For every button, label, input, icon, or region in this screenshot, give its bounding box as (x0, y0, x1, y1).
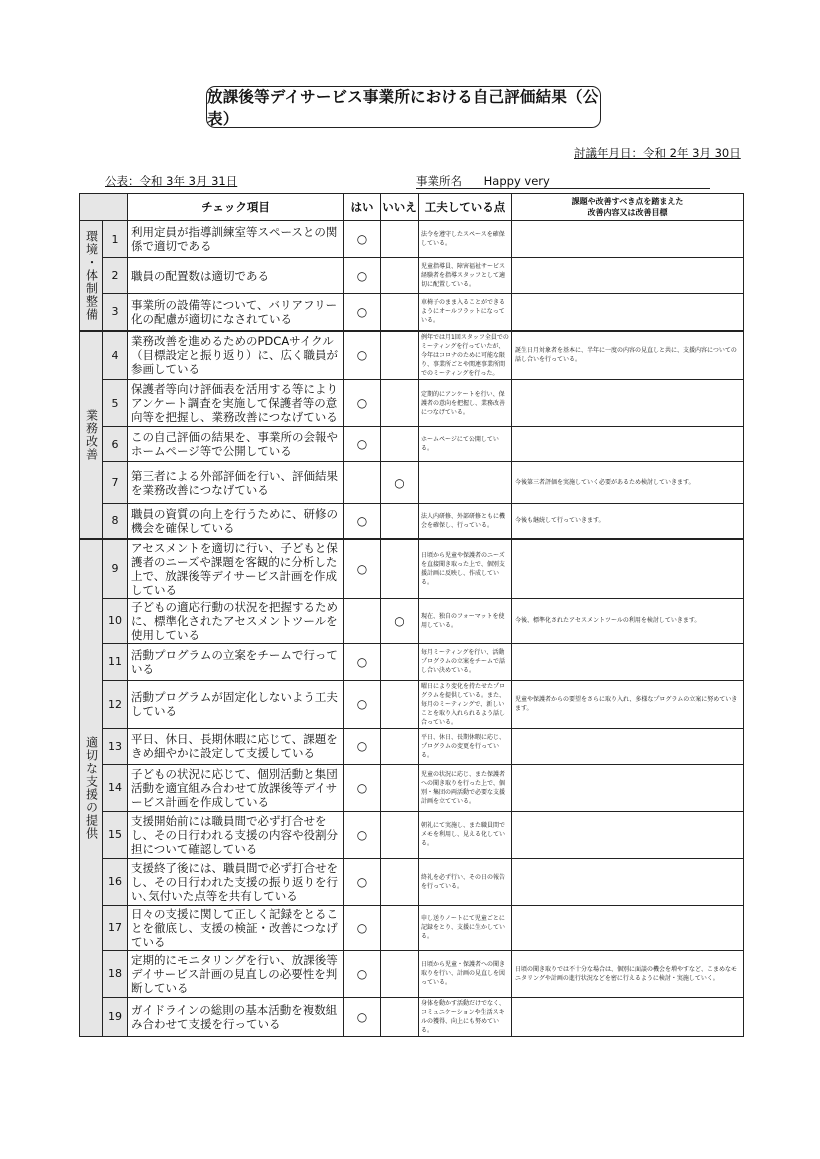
header-row: チェック項目 はい いいえ 工夫している点 課題や改善すべき点を踏まえた改善内容… (80, 194, 744, 221)
check-item-text: 活動プログラムが固定化しないよう工夫している (128, 680, 344, 728)
office-name-field: 事業所名 Happy very (416, 173, 710, 189)
table-row: 6この自己評価の結果を、事業所の会報やホームページ等で公開している○ホームページ… (80, 427, 744, 462)
no-mark (381, 811, 419, 858)
no-mark (381, 504, 419, 539)
check-item-text: 子どもの適応行動の状況を把握するために、標準化されたアセスメントツールを使用して… (128, 598, 344, 643)
table-row: 5保護者等向け評価表を活用する等によりアンケート調査を実施して保護者等の意向等を… (80, 380, 744, 427)
improvement-goal-text (512, 221, 744, 258)
item-number: 7 (103, 462, 128, 504)
table-row: 16支援終了後には、職員間で必ず打合せをし、その日行われた支援の振り返りを行い､… (80, 858, 744, 905)
item-number: 4 (103, 331, 128, 380)
yes-mark: ○ (344, 331, 381, 380)
table-row: 19ガイドラインの総則の基本活動を複数組み合わせて支援を行っている○身体を動かす… (80, 997, 744, 1036)
improvement-goal-text: 今後第三者評価を実施していく必要があるため検討していきます。 (512, 462, 744, 504)
yes-mark: ○ (344, 221, 381, 258)
yes-mark: ○ (344, 294, 381, 331)
yes-mark: ○ (344, 997, 381, 1036)
efforts-text: 日頃から児童や保護者のニーズを直接聞き取った上で、個別支援計画に反映し、作成して… (419, 539, 512, 599)
item-number: 6 (103, 427, 128, 462)
yes-mark: ○ (344, 680, 381, 728)
yes-mark: ○ (344, 728, 381, 764)
check-item-text: 定期的にモニタリングを行い、放課後等デイサービス計画の見直しの必要性を判断してい… (128, 950, 344, 997)
table-row: 15支援開始前には職員間で必ず打合せをし、その日行われる支援の内容や役割分担につ… (80, 811, 744, 858)
item-number: 12 (103, 680, 128, 728)
item-number: 8 (103, 504, 128, 539)
improvement-goal-text: 児童や保護者からの要望をさらに取り入れ、多様なプログラムの立案に努めていきます。 (512, 680, 744, 728)
table-row: 11活動プログラムの立案をチームで行っている○毎月ミーティングを行い、活動プログ… (80, 643, 744, 680)
header-check-item: チェック項目 (128, 194, 344, 221)
check-item-text: ガイドラインの総則の基本活動を複数組み合わせて支援を行っている (128, 997, 344, 1036)
efforts-text: 児童指導員、障害福祉サービス経験者を指導スタッフとして適切に配置している。 (419, 258, 512, 294)
discussion-date: 討議年月日：令和 2年 3月 30日 (574, 145, 741, 161)
item-number: 16 (103, 858, 128, 905)
improvement-goal-text (512, 764, 744, 811)
item-number: 2 (103, 258, 128, 294)
improvement-goal-text (512, 539, 744, 599)
check-item-text: 第三者による外部評価を行い、評価結果を業務改善につなげている (128, 462, 344, 504)
no-mark (381, 905, 419, 950)
efforts-text: ホームページにて公開している。 (419, 427, 512, 462)
yes-mark: ○ (344, 427, 381, 462)
efforts-text: 例年では月1回スタッフ全員でのミーティングを行っていたが、今年はコロナのために可… (419, 331, 512, 380)
efforts-text: 毎月ミーティングを行い、活動プログラムの立案をチームで話し合い決めている。 (419, 643, 512, 680)
efforts-text: 平日、休日、長期休暇に応じ、プログラムの変更を行っている。 (419, 728, 512, 764)
no-mark (381, 643, 419, 680)
table-row: 10子どもの適応行動の状況を把握するために、標準化されたアセスメントツールを使用… (80, 598, 744, 643)
item-number: 11 (103, 643, 128, 680)
yes-mark (344, 462, 381, 504)
check-item-text: 事業所の設備等について、バリアフリー化の配慮が適切になされている (128, 294, 344, 331)
office-label: 事業所名 (416, 174, 462, 188)
no-mark: ○ (381, 598, 419, 643)
efforts-text: 法人内研修、外部研修ともに機会を確保し、行っている。 (419, 504, 512, 539)
yes-mark: ○ (344, 539, 381, 599)
item-number: 15 (103, 811, 128, 858)
check-item-text: 業務改善を進めるためのPDCAサイクル（目標設定と振り返り）に、広く職員が参画し… (128, 331, 344, 380)
no-mark (381, 331, 419, 380)
table-row: 18定期的にモニタリングを行い、放課後等デイサービス計画の見直しの必要性を判断し… (80, 950, 744, 997)
table-row: 12活動プログラムが固定化しないよう工夫している○曜日により変化を持たせたプログ… (80, 680, 744, 728)
check-item-text: 職員の配置数は適切である (128, 258, 344, 294)
publish-date: 公表：令和 3年 3月 31日 (105, 173, 237, 189)
check-item-text: 子どもの状況に応じて、個別活動と集団活動を適宜組み合わせて放課後等デイサービス計… (128, 764, 344, 811)
efforts-text: 定期的にアンケートを行い、保護者の意向を把握し、業務改善につなげている。 (419, 380, 512, 427)
header-no: いいえ (381, 194, 419, 221)
table-row: 3事業所の設備等について、バリアフリー化の配慮が適切になされている○車椅子のまま… (80, 294, 744, 331)
improvement-goal-text (512, 643, 744, 680)
check-item-text: アセスメントを適切に行い、子どもと保護者のニーズや課題を客観的に分析した上で、放… (128, 539, 344, 599)
improvement-goal-text: 今後、標準化されたアセスメントツールの利用を検討していきます。 (512, 598, 744, 643)
yes-mark: ○ (344, 811, 381, 858)
no-mark (381, 680, 419, 728)
efforts-text: 身体を動かす活動だけでなく、コミュニケーションや生活スキルの獲得、向上にも努めて… (419, 997, 512, 1036)
item-number: 19 (103, 997, 128, 1036)
item-number: 5 (103, 380, 128, 427)
improvement-goal-text (512, 294, 744, 331)
no-mark (381, 950, 419, 997)
efforts-text: 曜日により変化を持たせたプログラムを提供している。また、毎月のミーティングで、新… (419, 680, 512, 728)
no-mark (381, 764, 419, 811)
yes-mark: ○ (344, 764, 381, 811)
table-row: 14子どもの状況に応じて、個別活動と集団活動を適宜組み合わせて放課後等デイサービ… (80, 764, 744, 811)
check-item-text: 支援終了後には、職員間で必ず打合せをし、その日行われた支援の振り返りを行い､気付… (128, 858, 344, 905)
table-row: 7第三者による外部評価を行い、評価結果を業務改善につなげている○今後第三者評価を… (80, 462, 744, 504)
no-mark (381, 221, 419, 258)
efforts-text: 申し送りノートにて児童ごとに記録をとり、支援に生かしている。 (419, 905, 512, 950)
header-efforts: 工夫している点 (419, 194, 512, 221)
check-item-text: 保護者等向け評価表を活用する等によりアンケート調査を実施して保護者等の意向等を把… (128, 380, 344, 427)
yes-mark: ○ (344, 905, 381, 950)
improvement-goal-text: 誕生日月対象者を基本に、半年に一度の内容の見直しと共に、支援内容についての話し合… (512, 331, 744, 380)
yes-mark: ○ (344, 380, 381, 427)
yes-mark: ○ (344, 504, 381, 539)
efforts-text: 日頃から児童・保護者への聞き取りを行い、計画の見直しを図っている。 (419, 950, 512, 997)
table-row: 環境・体制整備1利用定員が指導訓練室等スペースとの関係で適切である○法令を遵守し… (80, 221, 744, 258)
efforts-text: 朝礼にて実施し、また職員間でメモを利用し、見える化している。 (419, 811, 512, 858)
header-yes: はい (344, 194, 381, 221)
check-item-text: この自己評価の結果を、事業所の会報やホームページ等で公開している (128, 427, 344, 462)
improvement-goal-text (512, 811, 744, 858)
improvement-goal-text (512, 997, 744, 1036)
table-row: 業務改善4業務改善を進めるためのPDCAサイクル（目標設定と振り返り）に、広く職… (80, 331, 744, 380)
item-number: 18 (103, 950, 128, 997)
item-number: 3 (103, 294, 128, 331)
no-mark (381, 728, 419, 764)
yes-mark: ○ (344, 950, 381, 997)
item-number: 10 (103, 598, 128, 643)
efforts-text: 車椅子のまま入ることができるようにオールフラットになっている。 (419, 294, 512, 331)
efforts-text: 終礼を必ず行い、その日の報告を行っている。 (419, 858, 512, 905)
efforts-text: 法令を遵守したスペースを確保している。 (419, 221, 512, 258)
category-label: 適切な支援の提供 (80, 539, 103, 1037)
category-label: 環境・体制整備 (80, 221, 103, 331)
no-mark (381, 427, 419, 462)
efforts-text: 児童の状況に応じ、また保護者への聞き取りを行った上で、個別・集団の両活動で必要な… (419, 764, 512, 811)
table-row: 13平日、休日、長期休暇に応じて、課題をきめ細やかに設定して支援している○平日、… (80, 728, 744, 764)
no-mark (381, 258, 419, 294)
no-mark (381, 294, 419, 331)
efforts-text: 現在、独自のフォーマットを使用している。 (419, 598, 512, 643)
check-item-text: 日々の支援に関して正しく記録をとることを徹底し、支援の検証・改善につなげている (128, 905, 344, 950)
table-row: 17日々の支援に関して正しく記録をとることを徹底し、支援の検証・改善につなげてい… (80, 905, 744, 950)
no-mark (381, 380, 419, 427)
table-row: 適切な支援の提供9アセスメントを適切に行い、子どもと保護者のニーズや課題を客観的… (80, 539, 744, 599)
improvement-goal-text (512, 905, 744, 950)
check-item-text: 活動プログラムの立案をチームで行っている (128, 643, 344, 680)
no-mark: ○ (381, 462, 419, 504)
improvement-goal-text (512, 380, 744, 427)
yes-mark: ○ (344, 643, 381, 680)
improvement-goal-text (512, 258, 744, 294)
yes-mark: ○ (344, 258, 381, 294)
check-item-text: 支援開始前には職員間で必ず打合せをし、その日行われる支援の内容や役割分担について… (128, 811, 344, 858)
office-name: Happy very (484, 174, 550, 188)
check-item-text: 平日、休日、長期休暇に応じて、課題をきめ細やかに設定して支援している (128, 728, 344, 764)
check-item-text: 職員の資質の向上を行うために、研修の機会を確保している (128, 504, 344, 539)
table-row: 8職員の資質の向上を行うために、研修の機会を確保している○法人内研修、外部研修と… (80, 504, 744, 539)
table-row: 2職員の配置数は適切である○児童指導員、障害福祉サービス経験者を指導スタッフとし… (80, 258, 744, 294)
page-title: 放課後等デイサービス事業所における自己評価結果（公表） (206, 86, 601, 128)
category-label: 業務改善 (80, 331, 103, 539)
item-number: 13 (103, 728, 128, 764)
improvement-goal-text (512, 858, 744, 905)
header-goals: 課題や改善すべき点を踏まえた改善内容又は改善目標 (512, 194, 744, 221)
improvement-goal-text (512, 427, 744, 462)
item-number: 14 (103, 764, 128, 811)
improvement-goal-text: 日頃の聞き取りでは不十分な場合は、個別に面談の機会を増やすなど、こまめなモニタリ… (512, 950, 744, 997)
item-number: 1 (103, 221, 128, 258)
yes-mark (344, 598, 381, 643)
improvement-goal-text (512, 728, 744, 764)
self-evaluation-table: チェック項目 はい いいえ 工夫している点 課題や改善すべき点を踏まえた改善内容… (79, 193, 744, 1037)
item-number: 17 (103, 905, 128, 950)
yes-mark: ○ (344, 858, 381, 905)
efforts-text (419, 462, 512, 504)
header-blank (80, 194, 128, 221)
check-item-text: 利用定員が指導訓練室等スペースとの関係で適切である (128, 221, 344, 258)
no-mark (381, 539, 419, 599)
item-number: 9 (103, 539, 128, 599)
no-mark (381, 997, 419, 1036)
improvement-goal-text: 今後も継続して行っていきます。 (512, 504, 744, 539)
no-mark (381, 858, 419, 905)
